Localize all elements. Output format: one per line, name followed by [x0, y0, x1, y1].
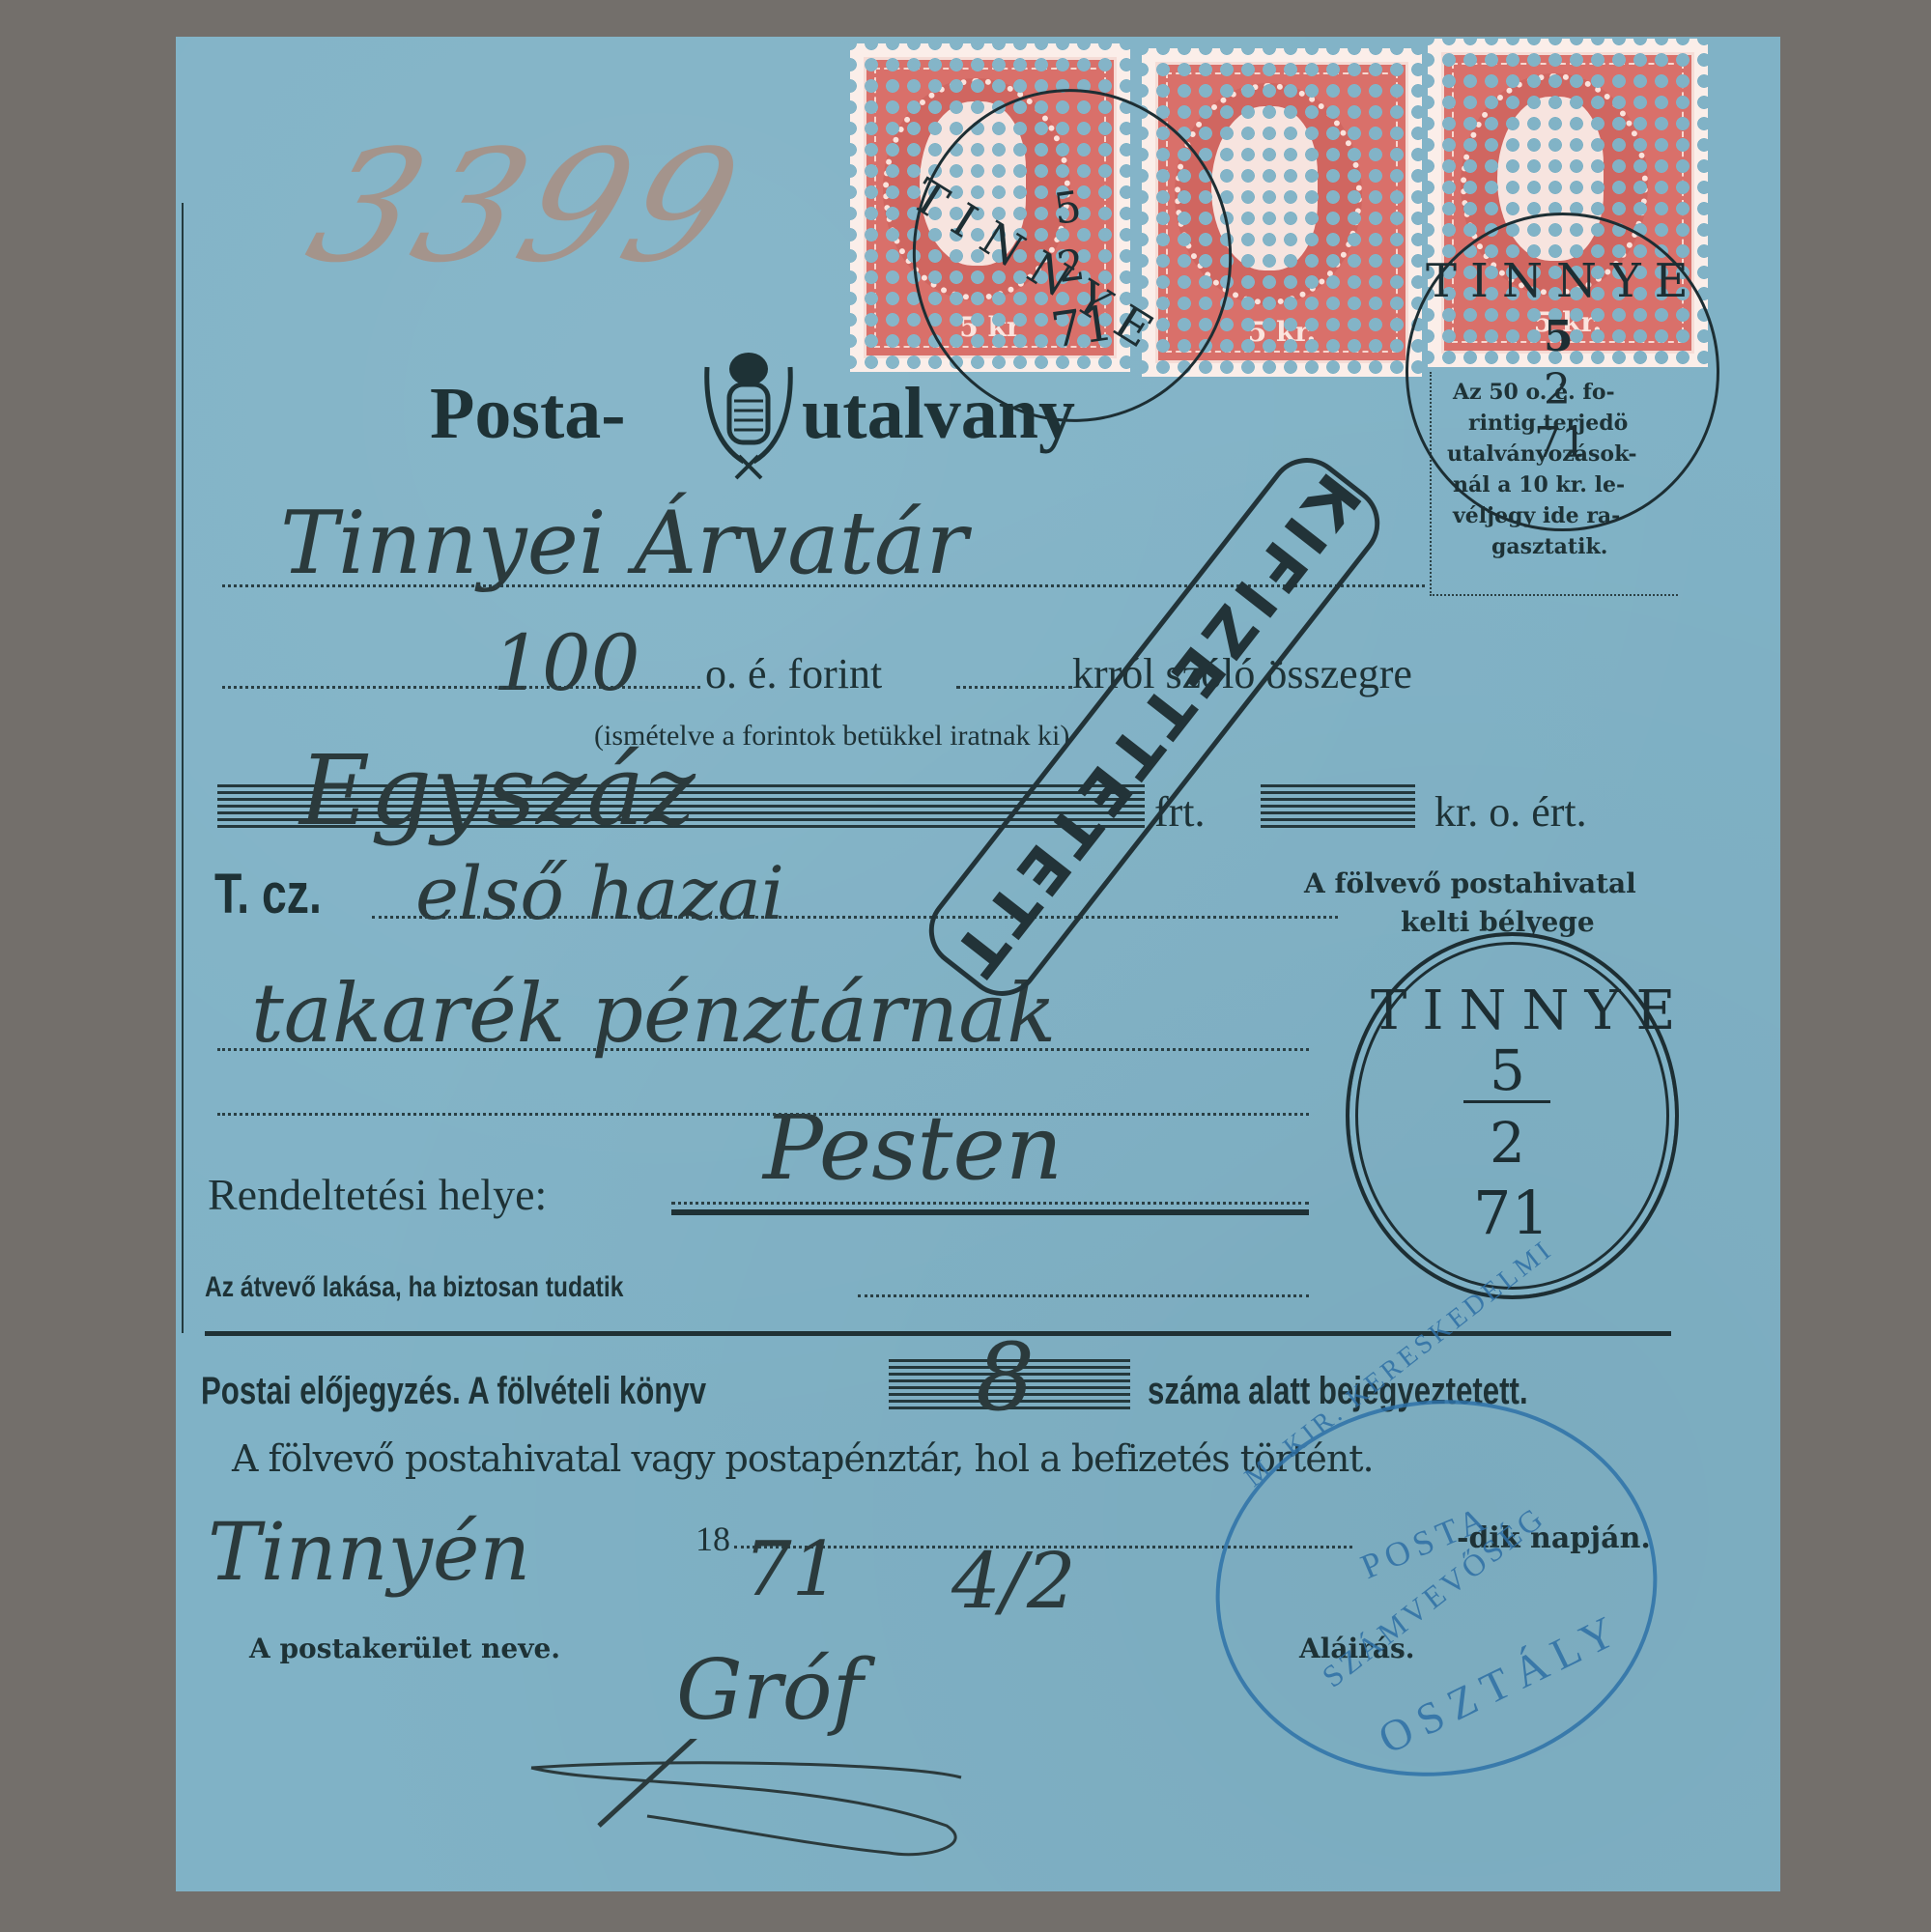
- title-utalvany: utalvany: [802, 372, 1075, 456]
- left-border-rule: [182, 203, 184, 1333]
- address-label: Az átvevő lakása, ha biztosan tudatik: [205, 1271, 623, 1304]
- destination-underline: [671, 1209, 1309, 1215]
- destination-dotted-line: [671, 1202, 1309, 1205]
- receiving-office-line: A fölvevő postahivatal vagy postapénztár…: [232, 1437, 1374, 1480]
- amount-label-forint: o. é. forint: [705, 649, 882, 698]
- handwritten-signature: Gróf: [676, 1642, 863, 1739]
- recipient-dotted-line-1: [372, 916, 1338, 919]
- kr-label: kr. o. ért.: [1434, 787, 1587, 837]
- handwritten-date: 4/2: [951, 1536, 1076, 1626]
- registration-label-left: Postai előjegyzés. A fölvételi könyv: [201, 1370, 706, 1413]
- postmark-tinnye-receiving: TINNYE 5 2 71: [1346, 932, 1679, 1299]
- year-prefix: 18: [696, 1519, 730, 1559]
- handwritten-amount-words: Egyszáz: [299, 734, 696, 847]
- postmark-tinnye-2: TINNYE 5 2 71: [1406, 213, 1719, 531]
- amount-dotted-line: [222, 686, 700, 689]
- date-divider: [1463, 1100, 1550, 1103]
- handwritten-amount: 100: [493, 618, 640, 708]
- address-dotted-line: [858, 1294, 1309, 1297]
- handwritten-payee: Tinnyei Árvatár: [280, 493, 968, 594]
- city-dotted-line: [217, 1113, 1309, 1116]
- tcz-label: T. cz.: [214, 862, 322, 926]
- title-posta: Posta-: [430, 372, 626, 456]
- amount-dotted-line-2: [956, 686, 1072, 689]
- kreuzer-hatched-field: [1261, 784, 1415, 831]
- postal-district-label: A postakerület neve.: [249, 1633, 560, 1664]
- signature-flourish: [522, 1739, 966, 1864]
- instruction-line: gasztatik.: [1491, 534, 1607, 559]
- recipient-dotted-line-2: [217, 1048, 1309, 1051]
- receiving-office-label-1: A fölvevő postahivatal: [1304, 867, 1636, 899]
- handwritten-registration-number: 8: [976, 1323, 1035, 1432]
- destination-label: Rendeltetési helye:: [208, 1169, 547, 1220]
- handwritten-recipient-line-2: takarék pénztárnak: [251, 966, 1056, 1061]
- handwritten-place: Tinnyén: [208, 1507, 530, 1599]
- handwritten-recipient-line-1: első hazai: [415, 850, 784, 936]
- handwritten-year: 71: [744, 1526, 839, 1613]
- hungarian-crown-crest-icon: [696, 348, 802, 483]
- pencil-reference-number: 3399: [290, 116, 765, 297]
